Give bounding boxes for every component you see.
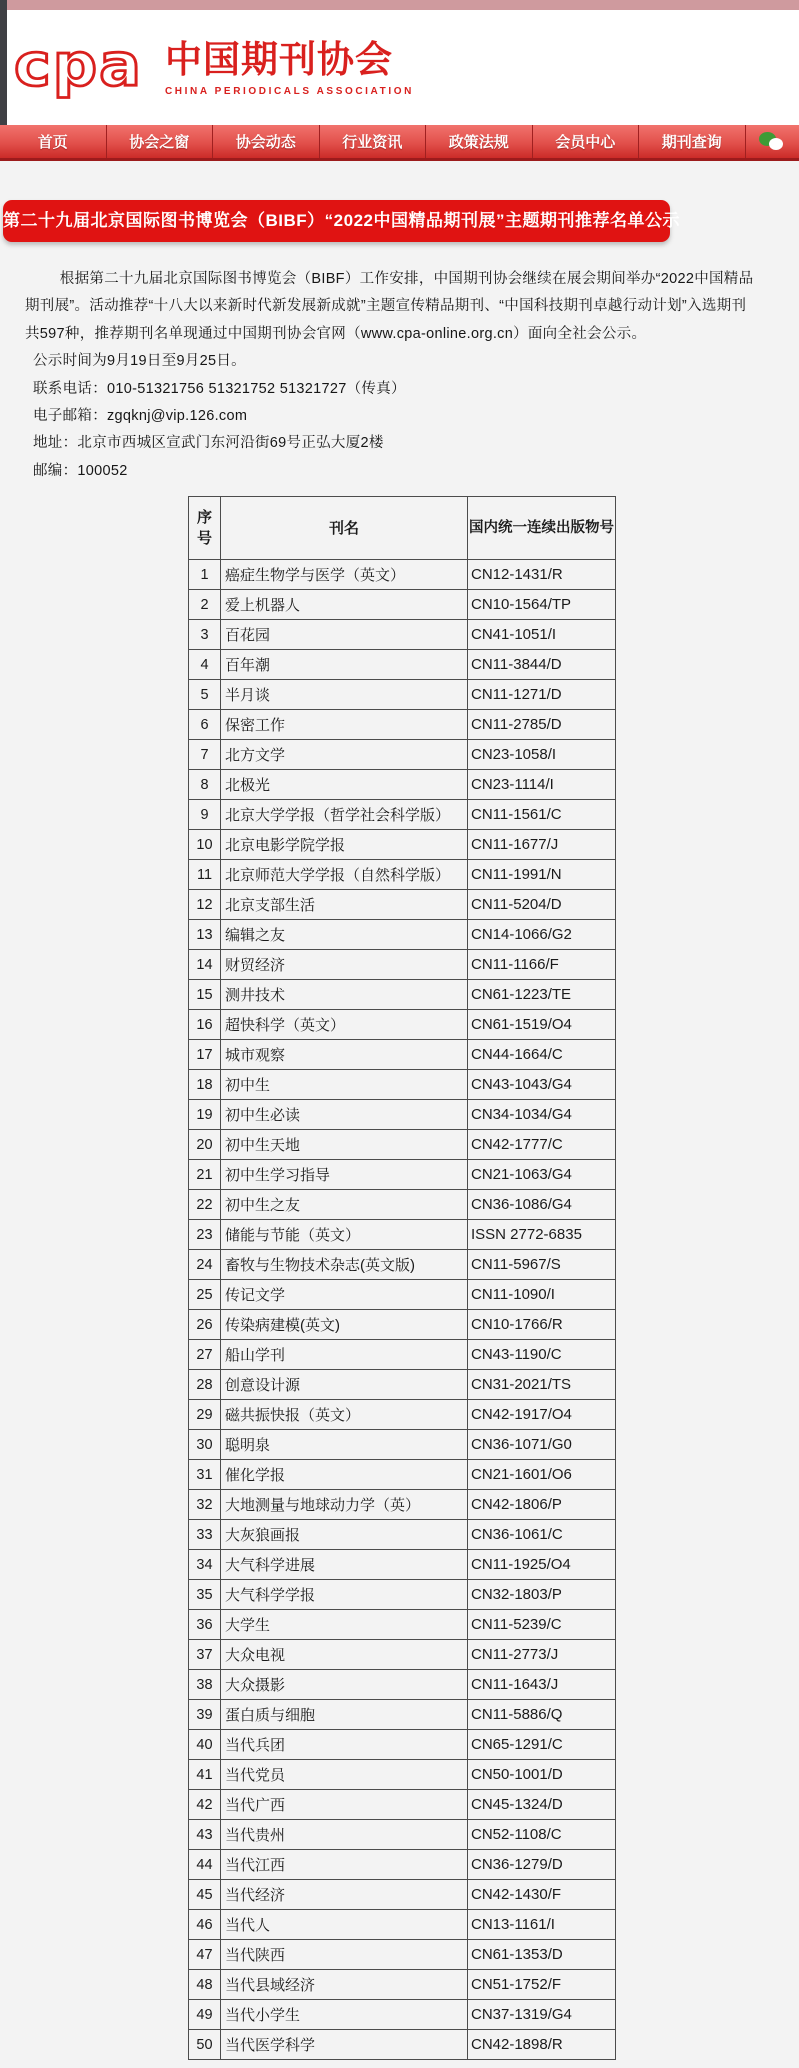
cell-title: 城市观察 [221, 1040, 468, 1070]
table-row: 48当代县域经济CN51-1752/F [189, 1970, 616, 2000]
table-row: 42当代广西CN45-1324/D [189, 1790, 616, 1820]
cell-title: 超快科学（英文） [221, 1010, 468, 1040]
cell-title: 测井技术 [221, 980, 468, 1010]
cell-index: 44 [189, 1850, 221, 1880]
cell-code: CN11-1991/N [468, 860, 616, 890]
table-row: 50当代医学科学CN42-1898/R [189, 2030, 616, 2060]
paragraph: 联系电话：010-51321756 51321752 51321727（传真） [25, 376, 761, 403]
table-row: 8北极光CN23-1114/I [189, 770, 616, 800]
cell-title: 催化学报 [221, 1460, 468, 1490]
cell-title: 大学生 [221, 1610, 468, 1640]
journal-table-body: 1癌症生物学与医学（英文）CN12-1431/R2爱上机器人CN10-1564/… [189, 560, 616, 2060]
cell-code: CN11-5204/D [468, 890, 616, 920]
cell-title: 当代陕西 [221, 1940, 468, 1970]
cell-index: 9 [189, 800, 221, 830]
table-row: 27船山学刊CN43-1190/C [189, 1340, 616, 1370]
cell-code: CN11-5886/Q [468, 1700, 616, 1730]
cell-code: CN11-2773/J [468, 1640, 616, 1670]
table-row: 34大气科学进展CN11-1925/O4 [189, 1550, 616, 1580]
table-row: 15测井技术CN61-1223/TE [189, 980, 616, 1010]
cell-title: 当代党员 [221, 1760, 468, 1790]
cell-index: 7 [189, 740, 221, 770]
cell-title: 百花园 [221, 620, 468, 650]
cell-title: 北京电影学院学报 [221, 830, 468, 860]
cell-code: CN23-1058/I [468, 740, 616, 770]
cell-index: 34 [189, 1550, 221, 1580]
cell-title: 当代经济 [221, 1880, 468, 1910]
table-row: 13编辑之友CN14-1066/G2 [189, 920, 616, 950]
cell-title: 初中生必读 [221, 1100, 468, 1130]
cell-index: 35 [189, 1580, 221, 1610]
cell-index: 36 [189, 1610, 221, 1640]
cell-title: 储能与节能（英文） [221, 1220, 468, 1250]
table-row: 7北方文学CN23-1058/I [189, 740, 616, 770]
table-row: 43当代贵州CN52-1108/C [189, 1820, 616, 1850]
cell-title: 磁共振快报（英文） [221, 1400, 468, 1430]
cell-index: 27 [189, 1340, 221, 1370]
paragraph: 公示时间为9月19日至9月25日。 [25, 348, 761, 375]
table-row: 38大众摄影CN11-1643/J [189, 1670, 616, 1700]
cell-title: 当代人 [221, 1910, 468, 1940]
table-row: 25传记文学CN11-1090/I [189, 1280, 616, 1310]
wechat-white-bubble [769, 138, 783, 150]
cell-index: 20 [189, 1130, 221, 1160]
cell-title: 大众电视 [221, 1640, 468, 1670]
cell-title: 保密工作 [221, 710, 468, 740]
cell-index: 39 [189, 1700, 221, 1730]
cell-code: CN21-1063/G4 [468, 1160, 616, 1190]
cell-code: CN61-1519/O4 [468, 1010, 616, 1040]
table-row: 26传染病建模(英文)CN10-1766/R [189, 1310, 616, 1340]
cell-code: CN61-1353/D [468, 1940, 616, 1970]
table-row: 4百年潮CN11-3844/D [189, 650, 616, 680]
cell-code: CN36-1086/G4 [468, 1190, 616, 1220]
cell-index: 22 [189, 1190, 221, 1220]
cell-index: 32 [189, 1490, 221, 1520]
table-row: 6保密工作CN11-2785/D [189, 710, 616, 740]
cell-code: ISSN 2772-6835 [468, 1220, 616, 1250]
table-row: 11北京师范大学学报（自然科学版）CN11-1991/N [189, 860, 616, 890]
cell-index: 48 [189, 1970, 221, 2000]
cell-code: CN36-1071/G0 [468, 1430, 616, 1460]
org-name-en: CHINA PERIODICALS ASSOCIATION [165, 86, 414, 97]
table-row: 44当代江西CN36-1279/D [189, 1850, 616, 1880]
cell-index: 46 [189, 1910, 221, 1940]
table-row: 2爱上机器人CN10-1564/TP [189, 590, 616, 620]
cell-title: 爱上机器人 [221, 590, 468, 620]
cell-code: CN42-1917/O4 [468, 1400, 616, 1430]
table-row: 49当代小学生CN37-1319/G4 [189, 2000, 616, 2030]
cell-code: CN11-1677/J [468, 830, 616, 860]
table-row: 39蛋白质与细胞CN11-5886/Q [189, 1700, 616, 1730]
main-nav: 首页协会之窗协会动态行业资讯政策法规会员中心期刊查询 [0, 125, 799, 161]
cell-index: 13 [189, 920, 221, 950]
cell-code: CN11-3844/D [468, 650, 616, 680]
cell-title: 大地测量与地球动力学（英） [221, 1490, 468, 1520]
cell-code: CN11-2785/D [468, 710, 616, 740]
main-content: 第二十九届北京国际图书博览会（BIBF）“2022中国精品期刊展”主题期刊推荐名… [0, 161, 799, 2060]
cell-title: 传记文学 [221, 1280, 468, 1310]
table-row: 46当代人CN13-1161/I [189, 1910, 616, 1940]
cell-code: CN36-1061/C [468, 1520, 616, 1550]
table-row: 16超快科学（英文）CN61-1519/O4 [189, 1010, 616, 1040]
table-row: 41当代党员CN50-1001/D [189, 1760, 616, 1790]
cell-title: 初中生之友 [221, 1190, 468, 1220]
cell-index: 14 [189, 950, 221, 980]
cell-index: 19 [189, 1100, 221, 1130]
cell-index: 10 [189, 830, 221, 860]
journal-table-head: 序号刊名国内统一连续出版物号 [189, 497, 616, 560]
cell-index: 25 [189, 1280, 221, 1310]
cell-title: 当代广西 [221, 1790, 468, 1820]
cell-title: 财贸经济 [221, 950, 468, 980]
cell-index: 4 [189, 650, 221, 680]
cell-index: 42 [189, 1790, 221, 1820]
table-row: 23储能与节能（英文）ISSN 2772-6835 [189, 1220, 616, 1250]
cell-index: 31 [189, 1460, 221, 1490]
top-accent-strip [0, 0, 799, 10]
table-row: 40当代兵团CN65-1291/C [189, 1730, 616, 1760]
cell-title: 初中生天地 [221, 1130, 468, 1160]
cell-code: CN34-1034/G4 [468, 1100, 616, 1130]
col-header-title: 刊名 [221, 497, 468, 560]
cell-code: CN42-1806/P [468, 1490, 616, 1520]
cell-code: CN11-1271/D [468, 680, 616, 710]
cell-title: 北极光 [221, 770, 468, 800]
cell-title: 北京师范大学学报（自然科学版） [221, 860, 468, 890]
cell-index: 5 [189, 680, 221, 710]
cell-code: CN42-1898/R [468, 2030, 616, 2060]
cell-index: 18 [189, 1070, 221, 1100]
nav-item-6[interactable]: 期刊查询 [639, 125, 746, 158]
table-row: 24畜牧与生物技术杂志(英文版)CN11-5967/S [189, 1250, 616, 1280]
cell-title: 北京支部生活 [221, 890, 468, 920]
org-names: 中国期刊协会 CHINA PERIODICALS ASSOCIATION [165, 38, 414, 97]
cell-title: 编辑之友 [221, 920, 468, 950]
cell-code: CN44-1664/C [468, 1040, 616, 1070]
nav-item-1[interactable]: 协会之窗 [107, 125, 214, 158]
cell-code: CN11-1166/F [468, 950, 616, 980]
nav-tail [746, 125, 799, 158]
cell-code: CN11-1090/I [468, 1280, 616, 1310]
announcement-title-banner: 第二十九届北京国际图书博览会（BIBF）“2022中国精品期刊展”主题期刊推荐名… [3, 200, 670, 242]
cell-code: CN23-1114/I [468, 770, 616, 800]
cell-title: 创意设计源 [221, 1370, 468, 1400]
cell-title: 当代江西 [221, 1850, 468, 1880]
table-row: 14财贸经济CN11-1166/F [189, 950, 616, 980]
cell-index: 43 [189, 1820, 221, 1850]
journal-table: 序号刊名国内统一连续出版物号 1癌症生物学与医学（英文）CN12-1431/R2… [188, 496, 616, 2060]
cell-title: 当代县域经济 [221, 1970, 468, 2000]
cell-code: CN11-1643/J [468, 1670, 616, 1700]
table-row: 9北京大学学报（哲学社会科学版）CN11-1561/C [189, 800, 616, 830]
col-header-index: 序号 [189, 497, 221, 560]
cell-code: CN31-2021/TS [468, 1370, 616, 1400]
table-row: 1癌症生物学与医学（英文）CN12-1431/R [189, 560, 616, 590]
cell-title: 聪明泉 [221, 1430, 468, 1460]
cell-title: 初中生学习指导 [221, 1160, 468, 1190]
cell-code: CN14-1066/G2 [468, 920, 616, 950]
cell-index: 47 [189, 1940, 221, 1970]
table-row: 20初中生天地CN42-1777/C [189, 1130, 616, 1160]
nav-item-0[interactable]: 首页 [0, 125, 107, 158]
cell-title: 大众摄影 [221, 1670, 468, 1700]
cell-code: CN52-1108/C [468, 1820, 616, 1850]
cell-code: CN10-1766/R [468, 1310, 616, 1340]
left-edge-strip [0, 0, 7, 125]
cell-index: 1 [189, 560, 221, 590]
cell-code: CN21-1601/O6 [468, 1460, 616, 1490]
cell-title: 北京大学学报（哲学社会科学版） [221, 800, 468, 830]
table-row: 36大学生CN11-5239/C [189, 1610, 616, 1640]
cell-title: 当代贵州 [221, 1820, 468, 1850]
wechat-icon[interactable] [757, 131, 787, 153]
cell-index: 2 [189, 590, 221, 620]
cell-code: CN36-1279/D [468, 1850, 616, 1880]
cell-index: 12 [189, 890, 221, 920]
cell-code: CN11-1561/C [468, 800, 616, 830]
table-row: 17城市观察CN44-1664/C [189, 1040, 616, 1070]
table-row: 45当代经济CN42-1430/F [189, 1880, 616, 1910]
table-row: 19初中生必读CN34-1034/G4 [189, 1100, 616, 1130]
table-row: 47当代陕西CN61-1353/D [189, 1940, 616, 1970]
table-row: 35大气科学学报CN32-1803/P [189, 1580, 616, 1610]
cell-index: 37 [189, 1640, 221, 1670]
site-logo[interactable]: cpa 中国期刊协会 CHINA PERIODICALS ASSOCIATION [14, 38, 414, 97]
cell-index: 15 [189, 980, 221, 1010]
paragraph: 根据第二十九届北京国际图书博览会（BIBF）工作安排，中国期刊协会继续在展会期间… [25, 266, 761, 348]
cell-title: 大灰狼画报 [221, 1520, 468, 1550]
cell-title: 半月谈 [221, 680, 468, 710]
cell-code: CN43-1190/C [468, 1340, 616, 1370]
cell-title: 大气科学进展 [221, 1550, 468, 1580]
cell-code: CN41-1051/I [468, 620, 616, 650]
cell-code: CN43-1043/G4 [468, 1070, 616, 1100]
cell-index: 11 [189, 860, 221, 890]
nav-item-2[interactable]: 协会动态 [213, 125, 320, 158]
nav-item-5[interactable]: 会员中心 [533, 125, 640, 158]
cell-index: 21 [189, 1160, 221, 1190]
cell-title: 当代兵团 [221, 1730, 468, 1760]
cell-title: 畜牧与生物技术杂志(英文版) [221, 1250, 468, 1280]
table-row: 29磁共振快报（英文）CN42-1917/O4 [189, 1400, 616, 1430]
org-name-zh: 中国期刊协会 [165, 38, 414, 82]
table-row: 5半月谈CN11-1271/D [189, 680, 616, 710]
cell-index: 28 [189, 1370, 221, 1400]
cell-index: 23 [189, 1220, 221, 1250]
table-row: 37大众电视CN11-2773/J [189, 1640, 616, 1670]
cell-code: CN11-1925/O4 [468, 1550, 616, 1580]
cell-index: 16 [189, 1010, 221, 1040]
cell-title: 北方文学 [221, 740, 468, 770]
cell-index: 41 [189, 1760, 221, 1790]
cell-title: 当代医学科学 [221, 2030, 468, 2060]
table-row: 30聪明泉CN36-1071/G0 [189, 1430, 616, 1460]
table-row: 33大灰狼画报CN36-1061/C [189, 1520, 616, 1550]
cell-code: CN37-1319/G4 [468, 2000, 616, 2030]
cell-code: CN61-1223/TE [468, 980, 616, 1010]
cell-code: CN42-1777/C [468, 1130, 616, 1160]
cell-index: 30 [189, 1430, 221, 1460]
cell-index: 45 [189, 1880, 221, 1910]
cell-index: 33 [189, 1520, 221, 1550]
cell-code: CN42-1430/F [468, 1880, 616, 1910]
cell-index: 6 [189, 710, 221, 740]
paragraph: 邮编：100052 [25, 458, 761, 485]
cell-code: CN11-5967/S [468, 1250, 616, 1280]
col-header-code: 国内统一连续出版物号 [468, 497, 616, 560]
header-row: 序号刊名国内统一连续出版物号 [189, 497, 616, 560]
cell-code: CN50-1001/D [468, 1760, 616, 1790]
cell-code: CN11-5239/C [468, 1610, 616, 1640]
cell-title: 百年潮 [221, 650, 468, 680]
cell-code: CN32-1803/P [468, 1580, 616, 1610]
cell-title: 船山学刊 [221, 1340, 468, 1370]
table-row: 22初中生之友CN36-1086/G4 [189, 1190, 616, 1220]
cell-index: 26 [189, 1310, 221, 1340]
table-row: 18初中生CN43-1043/G4 [189, 1070, 616, 1100]
cell-title: 初中生 [221, 1070, 468, 1100]
nav-item-4[interactable]: 政策法规 [426, 125, 533, 158]
cell-code: CN65-1291/C [468, 1730, 616, 1760]
cell-code: CN51-1752/F [468, 1970, 616, 2000]
table-row: 32大地测量与地球动力学（英）CN42-1806/P [189, 1490, 616, 1520]
table-row: 31催化学报CN21-1601/O6 [189, 1460, 616, 1490]
cell-index: 50 [189, 2030, 221, 2060]
table-row: 21初中生学习指导CN21-1063/G4 [189, 1160, 616, 1190]
cpa-logo: cpa [14, 36, 143, 95]
cell-code: CN45-1324/D [468, 1790, 616, 1820]
cell-index: 40 [189, 1730, 221, 1760]
cell-title: 传染病建模(英文) [221, 1310, 468, 1340]
cell-index: 49 [189, 2000, 221, 2030]
table-row: 10北京电影学院学报CN11-1677/J [189, 830, 616, 860]
nav-item-3[interactable]: 行业资讯 [320, 125, 427, 158]
cell-code: CN12-1431/R [468, 560, 616, 590]
cell-index: 24 [189, 1250, 221, 1280]
cell-title: 当代小学生 [221, 2000, 468, 2030]
cell-code: CN13-1161/I [468, 1910, 616, 1940]
cell-index: 29 [189, 1400, 221, 1430]
cell-index: 38 [189, 1670, 221, 1700]
paragraph: 地址：北京市西城区宣武门东河沿街69号正弘大厦2楼 [25, 430, 761, 457]
cell-index: 17 [189, 1040, 221, 1070]
cell-title: 癌症生物学与医学（英文） [221, 560, 468, 590]
cell-index: 3 [189, 620, 221, 650]
article-body: 根据第二十九届北京国际图书博览会（BIBF）工作安排，中国期刊协会继续在展会期间… [0, 266, 799, 485]
cell-title: 大气科学学报 [221, 1580, 468, 1610]
table-row: 3百花园CN41-1051/I [189, 620, 616, 650]
site-header: cpa 中国期刊协会 CHINA PERIODICALS ASSOCIATION [0, 10, 799, 125]
table-row: 12北京支部生活CN11-5204/D [189, 890, 616, 920]
cell-title: 蛋白质与细胞 [221, 1700, 468, 1730]
cell-code: CN10-1564/TP [468, 590, 616, 620]
paragraph: 电子邮箱：zgqknj@vip.126.com [25, 403, 761, 430]
cell-index: 8 [189, 770, 221, 800]
table-row: 28创意设计源CN31-2021/TS [189, 1370, 616, 1400]
